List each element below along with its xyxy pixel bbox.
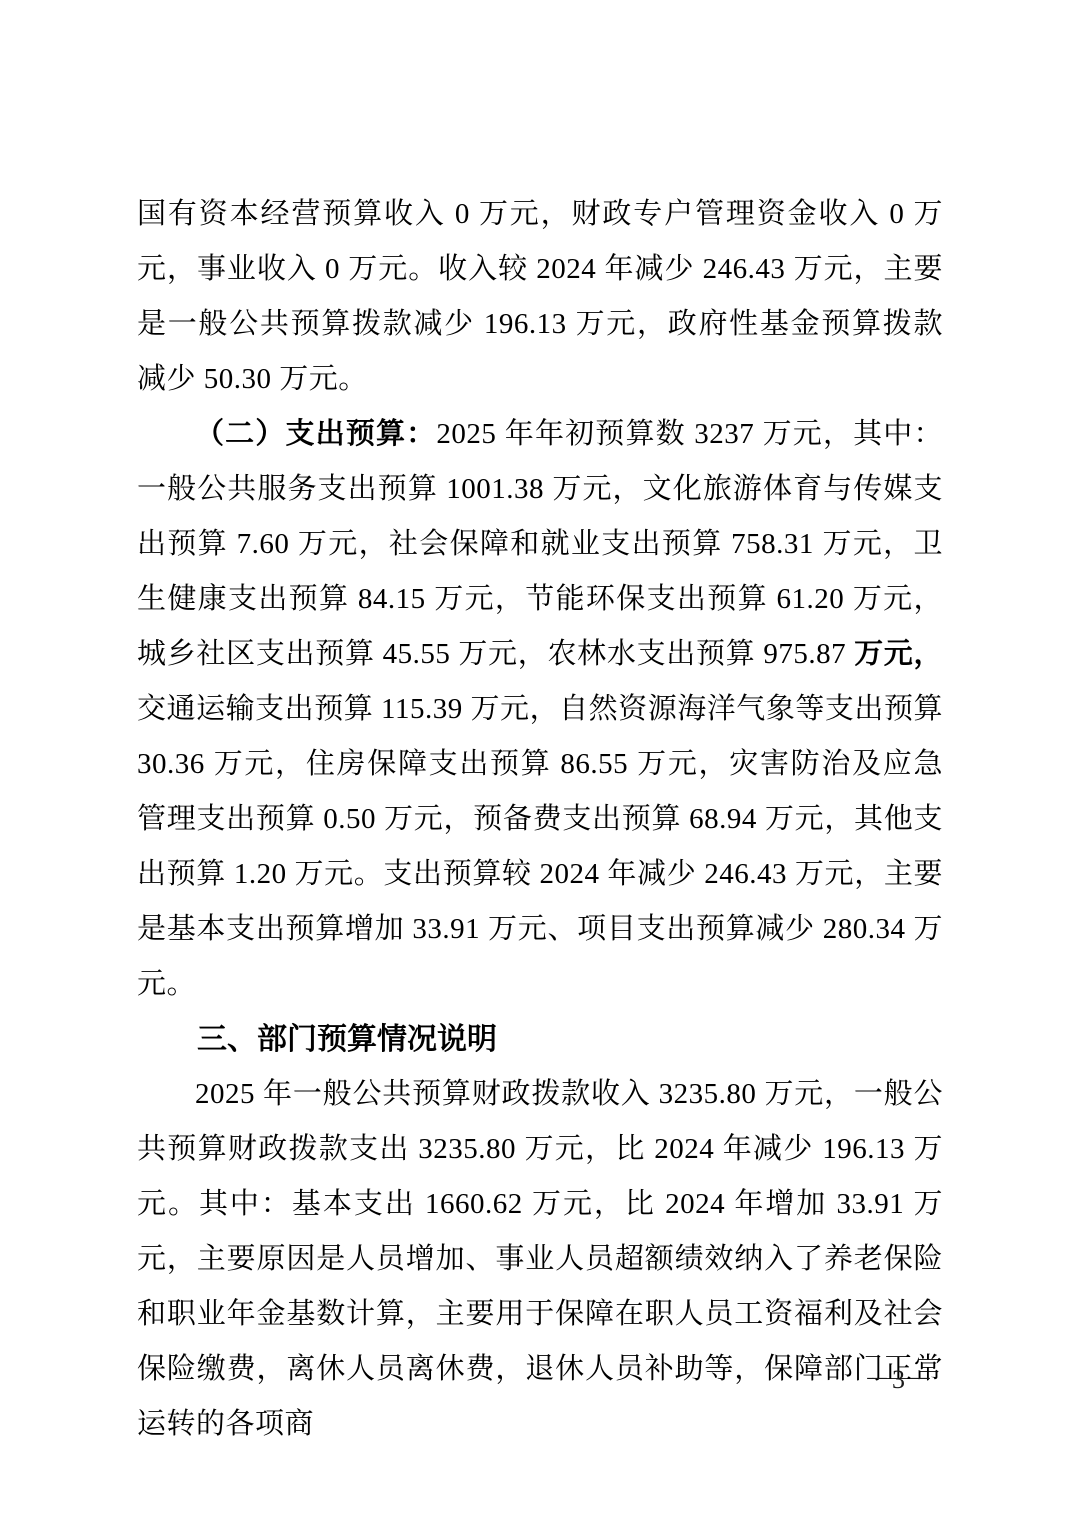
document-body: 国有资本经营预算收入 0 万元，财政专户管理资金收入 0 万元，事业收入 0 万… [137, 187, 943, 1452]
paragraph: （二）支出预算：2025 年年初预算数 3237 万元，其中：一般公共服务支出预… [137, 407, 943, 1012]
section-heading: 三、部门预算情况说明 [137, 1012, 943, 1067]
page-number: －3－ [864, 1360, 935, 1400]
text-run: 交通运输支出预算 115.39 万元，自然资源海洋气象等支出预算 30.36 万… [137, 693, 943, 1000]
paragraph: 国有资本经营预算收入 0 万元，财政专户管理资金收入 0 万元，事业收入 0 万… [137, 187, 943, 407]
text-run: 2025 年年初预算数 3237 万元，其中：一般公共服务支出预算 1001.3… [137, 418, 943, 670]
text-run: 国有资本经营预算收入 0 万元，财政专户管理资金收入 0 万元，事业收入 0 万… [137, 198, 943, 395]
bold-text-run: （二）支出预算： [195, 418, 436, 450]
bold-text-run: 万元， [854, 638, 943, 670]
document-page: 国有资本经营预算收入 0 万元，财政专户管理资金收入 0 万元，事业收入 0 万… [0, 0, 1074, 1520]
text-run: 2025 年一般公共预算财政拨款收入 3235.80 万元，一般公共预算财政拨款… [137, 1078, 943, 1440]
paragraph: 2025 年一般公共预算财政拨款收入 3235.80 万元，一般公共预算财政拨款… [137, 1067, 943, 1452]
bold-text-run: 三、部门预算情况说明 [197, 1023, 497, 1056]
